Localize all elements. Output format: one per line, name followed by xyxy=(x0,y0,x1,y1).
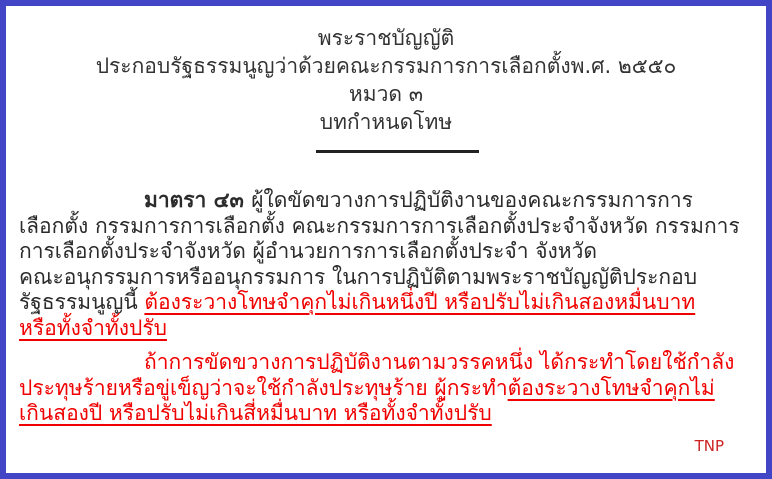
document-body: มาตรา ๔๓ ผู้ใดขัดขวางการปฏิบัติงานของคณะ… xyxy=(19,188,760,427)
body-line: รัฐธรรมนูญนี้ ต้องระวางโทษจำคุกไม่เกินหน… xyxy=(19,290,760,316)
body-line: คณะอนุกรรมการหรืออนุกรรมการ ในการปฏิบัติ… xyxy=(19,265,760,291)
body-line: เลือกตั้ง กรรมการการเลือกตั้ง คณะกรรมการ… xyxy=(19,214,760,240)
text-segment: ต้องระวางโทษจำคุกไม่เกินหนึ่งปี หรือปรับ… xyxy=(144,290,695,314)
body-line: ประทุษร้ายหรือขู่เข็ญว่าจะใช้กำลังประทุษ… xyxy=(19,376,760,402)
text-segment: หรือทั้งจำทั้งปรับ xyxy=(19,316,167,340)
text-segment: รัฐธรรมนูญนี้ xyxy=(19,290,144,314)
text-segment: ประทุษร้ายหรือขู่เข็ญว่าจะใช้กำลังประทุษ… xyxy=(19,376,508,400)
text-segment: เกินสองปี หรือปรับไม่เกินสี่หมื่นบาท หรื… xyxy=(19,401,492,425)
text-segment: มาตรา ๔๓ xyxy=(144,188,251,212)
body-line: มาตรา ๔๓ ผู้ใดขัดขวางการปฏิบัติงานของคณะ… xyxy=(19,188,760,214)
text-segment: ถ้าการขัดขวางการปฏิบัติงานตามวรรคหนึ่ง ไ… xyxy=(144,350,734,374)
paragraph: ถ้าการขัดขวางการปฏิบัติงานตามวรรคหนึ่ง ไ… xyxy=(19,350,760,427)
watermark-tnp: TNP xyxy=(695,437,724,455)
section-divider xyxy=(316,150,479,153)
text-segment: การเลือกตั้งประจำจังหวัด ผู้อำนวยการการเ… xyxy=(19,239,597,263)
document-title-block: พระราชบัญญัติประกอบรัฐธรรมนูญว่าด้วยคณะก… xyxy=(6,24,766,136)
title-line: ประกอบรัฐธรรมนูญว่าด้วยคณะกรรมการการเลือ… xyxy=(6,52,766,80)
document-page: พระราชบัญญัติประกอบรัฐธรรมนูญว่าด้วยคณะก… xyxy=(0,0,772,479)
text-segment: คณะอนุกรรมการหรืออนุกรรมการ ในการปฏิบัติ… xyxy=(19,265,697,289)
body-line: หรือทั้งจำทั้งปรับ xyxy=(19,316,760,342)
body-line: ถ้าการขัดขวางการปฏิบัติงานตามวรรคหนึ่ง ไ… xyxy=(19,350,760,376)
body-line: เกินสองปี หรือปรับไม่เกินสี่หมื่นบาท หรื… xyxy=(19,401,760,427)
body-line: การเลือกตั้งประจำจังหวัด ผู้อำนวยการการเ… xyxy=(19,239,760,265)
title-line: บทกำหนดโทษ xyxy=(6,108,766,136)
title-line: พระราชบัญญัติ xyxy=(6,24,766,52)
text-segment: ต้องระวางโทษจำคุกไม่ xyxy=(508,376,715,400)
paragraph: มาตรา ๔๓ ผู้ใดขัดขวางการปฏิบัติงานของคณะ… xyxy=(19,188,760,341)
title-line: หมวด ๓ xyxy=(6,80,766,108)
text-segment: ผู้ใดขัดขวางการปฏิบัติงานของคณะกรรมการกา… xyxy=(251,188,693,212)
text-segment: เลือกตั้ง กรรมการการเลือกตั้ง คณะกรรมการ… xyxy=(19,214,740,238)
